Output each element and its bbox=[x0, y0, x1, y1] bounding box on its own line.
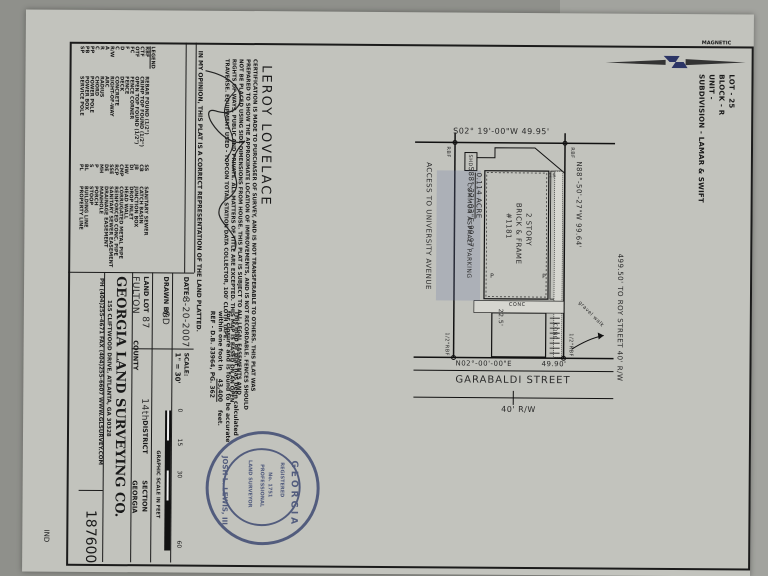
legend: RBF CTF OTF FC F D C R/W A R C PP PB SP … bbox=[78, 46, 150, 266]
lot-area: 0.114 ACRE bbox=[475, 173, 483, 219]
south-line-bearing: N02°-00'-00"E bbox=[455, 359, 512, 367]
south-line-distance: 49.90' bbox=[541, 360, 566, 368]
block-number: BLOCK - R bbox=[717, 74, 725, 115]
access-note: ACCESS TO UNIVERSITY AVENUE bbox=[424, 162, 433, 290]
scale-tick-15: 15 bbox=[176, 439, 183, 447]
closure-line-2: for closure and is found to be accurate bbox=[224, 311, 232, 443]
date-label: DATE: bbox=[182, 277, 190, 298]
north-arrow-icon bbox=[606, 54, 746, 71]
unit-number: UNIT - bbox=[707, 74, 715, 100]
deed-reference: REF - D.B. 33964, PG. 362 bbox=[208, 311, 216, 398]
east-line-bearing: N88°-50'-27"W 99.64' bbox=[574, 161, 583, 248]
house-construction: BRICK & FRAME bbox=[514, 203, 522, 265]
section-label: SECTION bbox=[140, 480, 148, 512]
shed-label: SHD bbox=[467, 155, 473, 167]
distance-to-roy-street: 499.50' TO ROY STREET 40' R/W bbox=[615, 254, 624, 382]
divider bbox=[79, 490, 103, 491]
seal-number: No. 1751 bbox=[267, 472, 273, 497]
scale-value: 1" = 30' bbox=[173, 353, 181, 384]
scale-tick-30: 30 bbox=[176, 471, 183, 479]
seal-registered: REGISTERED bbox=[279, 462, 285, 497]
closure-line-3: within one foot in 43,400 feet. bbox=[216, 311, 224, 426]
magnetic-label: MAGNETIC bbox=[702, 40, 732, 46]
company-name: GEORGIA LAND SURVEYING CO. bbox=[111, 276, 128, 517]
subdivision-name: SUBDIVISION - LAMAR & SWIFT bbox=[697, 74, 706, 203]
street-name: GARABALDI STREET bbox=[455, 374, 570, 386]
scale-tick-60: 60 bbox=[175, 541, 182, 549]
house-number: #1181 bbox=[504, 213, 512, 239]
district-value: 14th bbox=[139, 398, 149, 421]
corner-pin-label: 1/2"RBF bbox=[568, 333, 574, 357]
conc-label-2: CONC bbox=[552, 323, 558, 340]
drawn-by-value: GD bbox=[160, 310, 170, 325]
stoop-label: 1S bbox=[549, 173, 556, 179]
corner-pin-label: RBF bbox=[445, 146, 451, 157]
survey-plat-paper: MAGNETIC LOT - 25 BLOCK - R UNIT - SUBDI… bbox=[22, 9, 754, 576]
north-line-bearing: S02° 19'-00"W 49.95' bbox=[453, 126, 550, 136]
job-number: 187600 bbox=[82, 510, 98, 564]
seal-name: JOSH L. LEWIS, III bbox=[220, 456, 228, 525]
scale-label: SCALE: bbox=[182, 353, 189, 377]
scale-tick-0: 0 bbox=[176, 409, 183, 413]
seal-land-surveyor: LAND SURVEYOR bbox=[246, 460, 252, 508]
porch-label: P bbox=[542, 273, 546, 280]
easement-note: COMMON ASPHALT PARKING bbox=[465, 183, 473, 279]
corner-pin-label: 1/2"RBF bbox=[444, 332, 450, 356]
property-plat-drawing: S02° 19'-00"W 49.95' N88°-50'-27"W 99.64… bbox=[413, 112, 635, 434]
corner-pin-label: RBF bbox=[569, 147, 575, 158]
conc-label: CONC bbox=[509, 302, 526, 308]
closure-line-1: This map or plat has been calculated bbox=[232, 311, 240, 436]
surveyor-signature bbox=[194, 61, 265, 261]
state-value: GEORGIA bbox=[130, 480, 138, 513]
county-value: FULTON bbox=[130, 276, 140, 314]
legend-title: LEGEND bbox=[150, 46, 156, 69]
margin-note: IND bbox=[42, 530, 50, 543]
district-label: DISTRICT bbox=[141, 420, 149, 454]
street-width: 40' R/W bbox=[501, 405, 536, 414]
seal-state: GEORGIA bbox=[288, 460, 298, 527]
seal-professional: PROFESSIONAL bbox=[259, 464, 265, 507]
garage-dimension: 22.5' bbox=[497, 309, 504, 327]
surveyor-seal: GEORGIA REGISTERED No. 1751 PROFESSIONAL… bbox=[205, 431, 320, 546]
date-value: 8-20-2007 bbox=[180, 297, 190, 348]
graphic-scale-bar bbox=[162, 410, 175, 560]
closure-value: 43,400 bbox=[216, 379, 223, 402]
land-lot-value: 87 bbox=[140, 316, 150, 329]
porch-label: P bbox=[490, 273, 494, 280]
county-label: COUNTY bbox=[131, 340, 139, 370]
lot-number: LOT - 25 bbox=[727, 74, 735, 108]
land-lot-label: LAND LOT bbox=[142, 276, 150, 312]
graphic-scale-label: GRAPHIC SCALE IN FEET bbox=[154, 450, 160, 518]
house-stories: 2 STORY bbox=[524, 213, 532, 246]
company-address: 155 CLIFTWOOD DRIVE, ATLANTA, GA 30328 bbox=[105, 300, 112, 437]
